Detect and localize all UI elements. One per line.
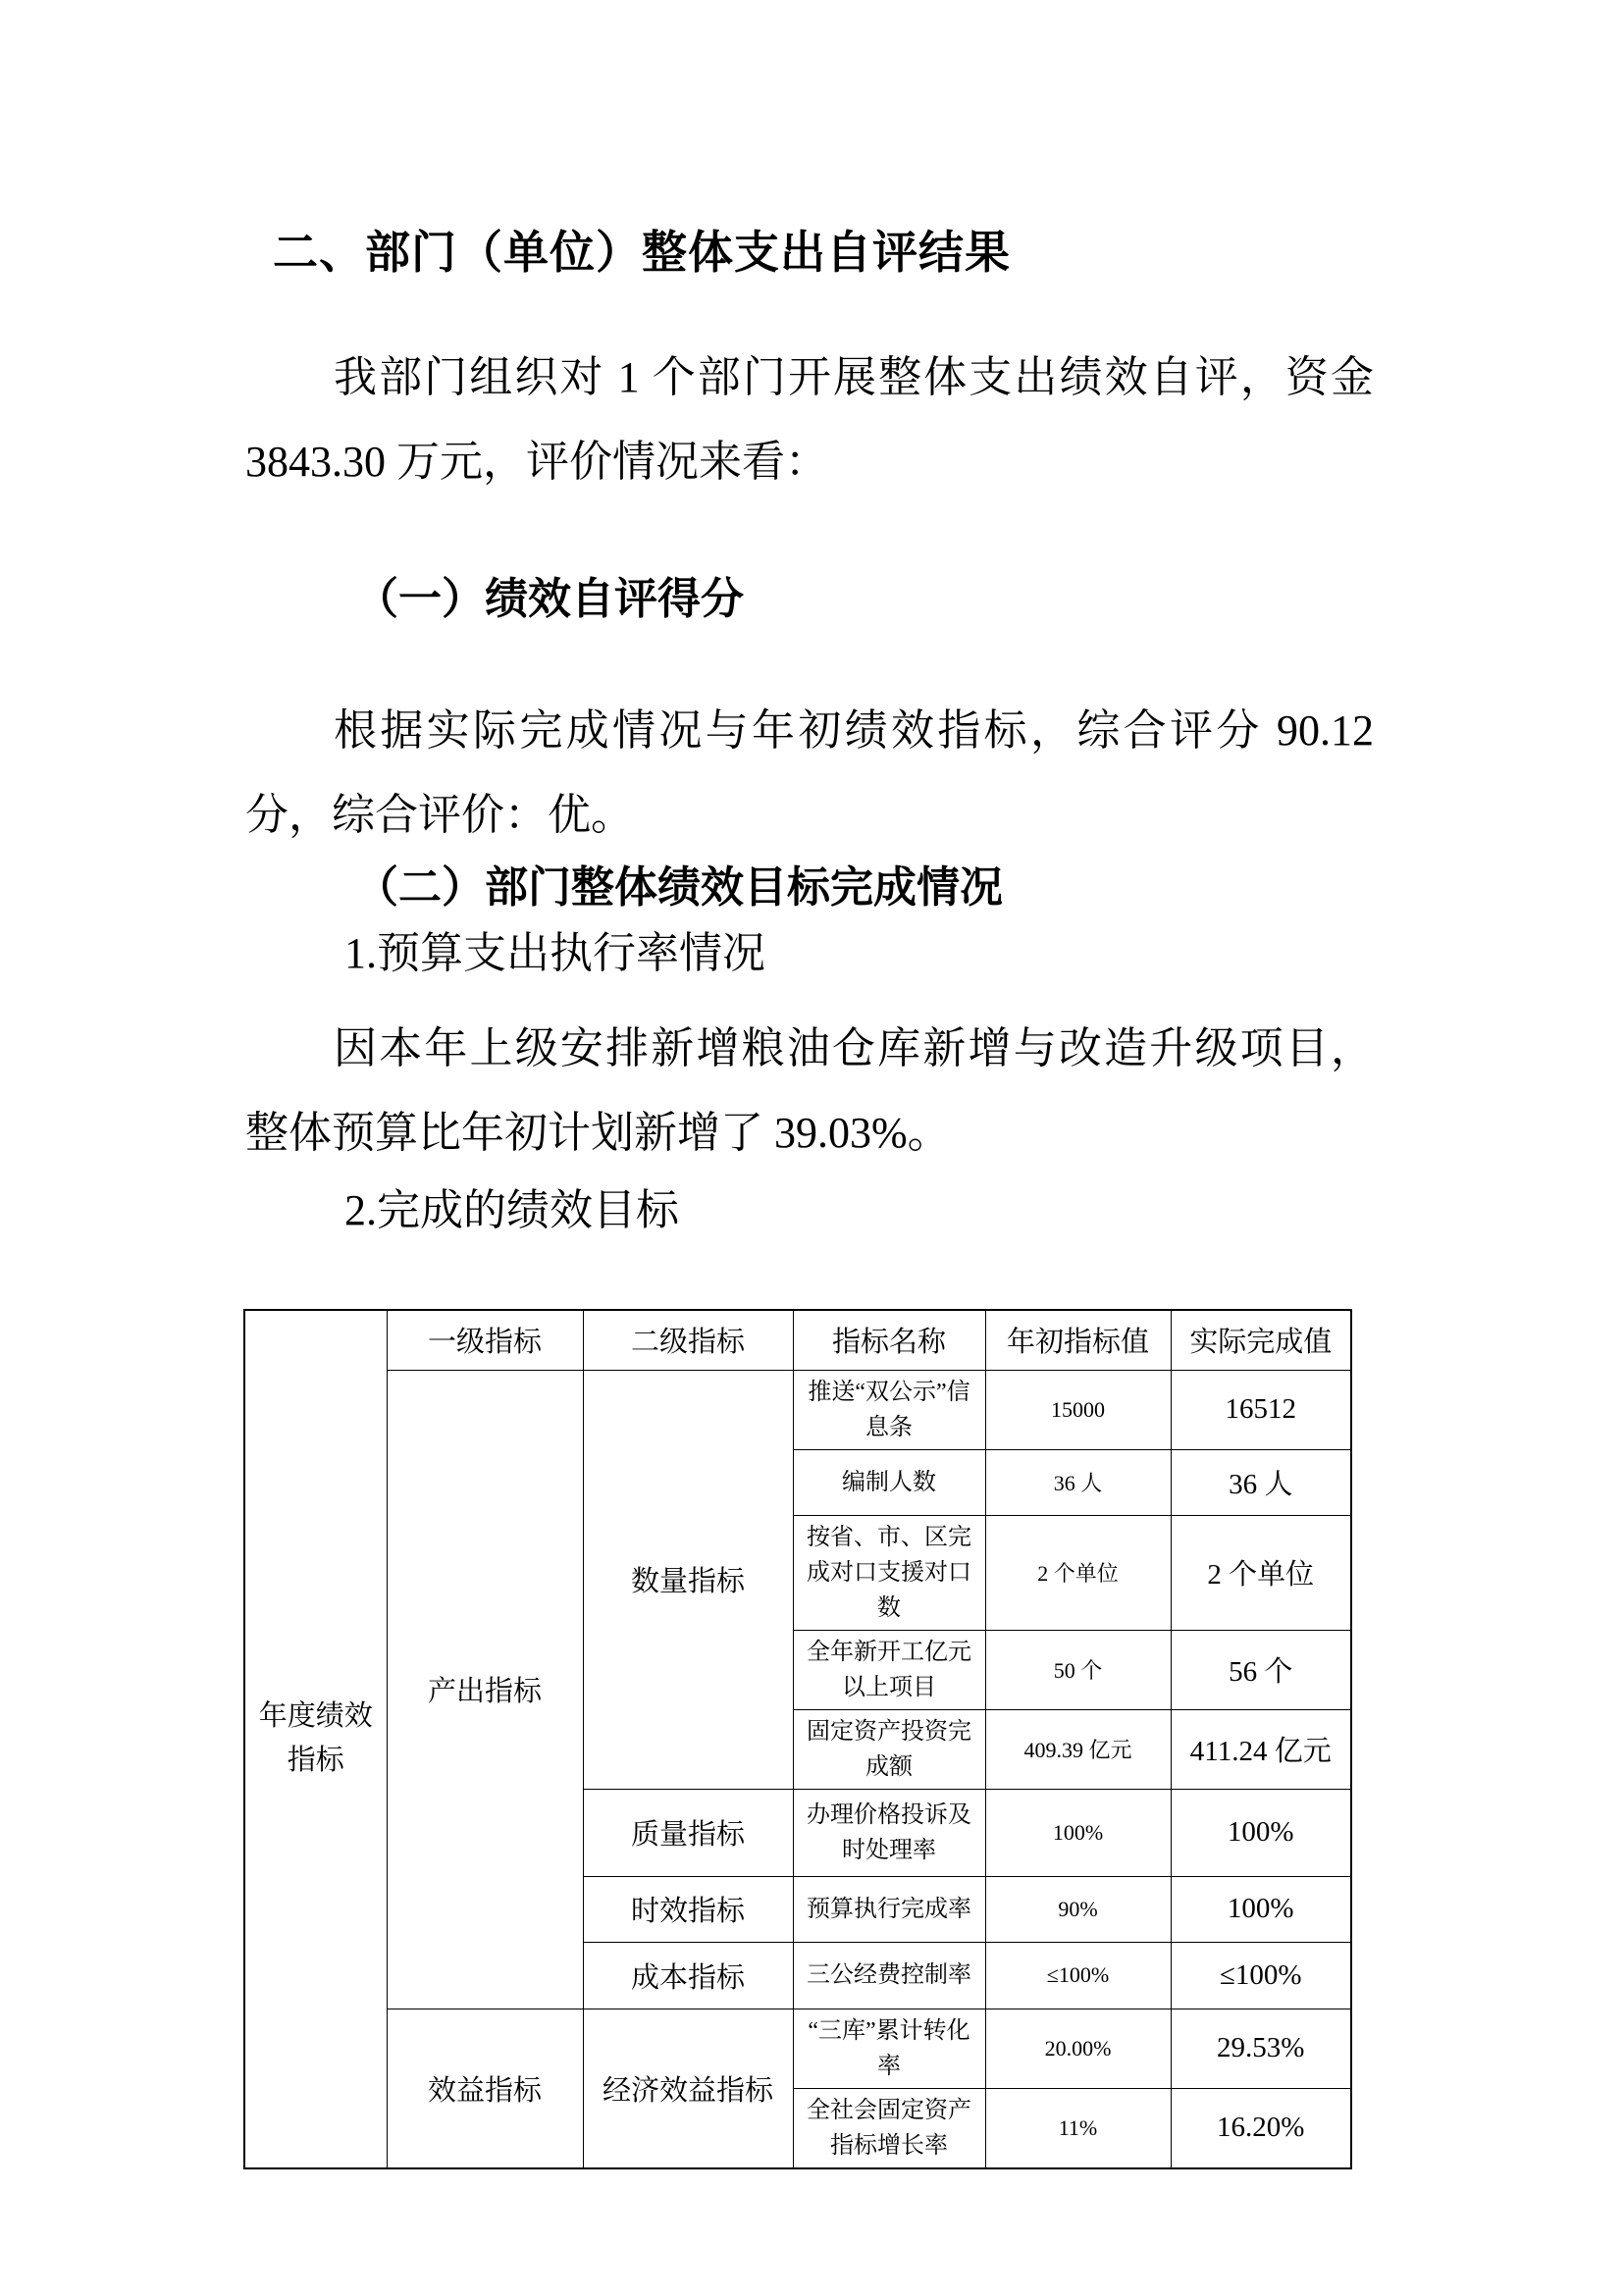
paragraph-budget-increase: 因本年上级安排新增粮油仓库新增与改造升级项目， 整体预算比年初计划新增了 39.… <box>245 1007 1374 1175</box>
paragraph-line: 整体预算比年初计划新增了 39.03%。 <box>245 1091 1374 1175</box>
subsection-line: 2.完成的绩效目标 <box>245 1175 1374 1246</box>
document-page: 二、部门（单位）整体支出自评结果 我部门组织对 1 个部门开展整体支出绩效自评，… <box>0 0 1624 2296</box>
target-value-cell: 100% <box>985 1789 1171 1876</box>
indicator-name-cell: “三库”累计转化率 <box>793 2009 985 2088</box>
actual-value-cell: 29.53% <box>1171 2009 1351 2088</box>
section-heading-self-score: （一）绩效自评得分 <box>355 569 1374 630</box>
level2-cell: 时效指标 <box>583 1876 793 1942</box>
indicator-name-cell: 全年新开工亿元以上项目 <box>793 1630 985 1709</box>
table-row: 产出指标 数量指标 推送“双公示”信息条 15000 16512 <box>244 1370 1351 1449</box>
paragraph-line: 分，综合评价：优。 <box>245 773 1374 858</box>
paragraph-line: 因本年上级安排新增粮油仓库新增与改造升级项目， <box>245 1007 1374 1091</box>
header-level2-cell: 二级指标 <box>583 1310 793 1370</box>
level2-cell: 质量指标 <box>583 1789 793 1876</box>
actual-value-cell: 2 个单位 <box>1171 1515 1351 1630</box>
section-heading-goal-completion: （二）部门整体绩效目标完成情况 <box>355 858 1374 918</box>
target-value-cell: ≤100% <box>985 1942 1171 2009</box>
table-header-row: 年度绩效指标 一级指标 二级指标 指标名称 年初指标值 实际完成值 <box>244 1310 1351 1370</box>
indicator-name-cell: 预算执行完成率 <box>793 1876 985 1942</box>
target-value-cell: 409.39 亿元 <box>985 1709 1171 1789</box>
paragraph-line: 根据实际完成情况与年初绩效指标，综合评分 90.12 <box>245 689 1374 773</box>
level1-cell: 产出指标 <box>387 1370 583 2009</box>
actual-value-cell: 100% <box>1171 1789 1351 1876</box>
level2-cell: 经济效益指标 <box>583 2009 793 2168</box>
paragraph-line: 3843.30 万元，评价情况来看： <box>245 420 1374 504</box>
indicator-name-cell: 按省、市、区完成对口支援对口数 <box>793 1515 985 1630</box>
paragraph-score: 根据实际完成情况与年初绩效指标，综合评分 90.12 分，综合评价：优。 <box>245 689 1374 858</box>
indicator-name-cell: 编制人数 <box>793 1449 985 1515</box>
target-value-cell: 20.00% <box>985 2009 1171 2088</box>
header-name-cell: 指标名称 <box>793 1310 985 1370</box>
actual-value-cell: 36 人 <box>1171 1449 1351 1515</box>
row-group-label-cell: 年度绩效指标 <box>244 1310 387 2168</box>
header-target-cell: 年初指标值 <box>985 1310 1171 1370</box>
subsection-budget-execution: 1.预算支出执行率情况 <box>245 918 1374 989</box>
target-value-cell: 11% <box>985 2088 1171 2168</box>
level2-cell: 成本指标 <box>583 1942 793 2009</box>
page-title: 二、部门（单位）整体支出自评结果 <box>273 224 1374 281</box>
indicator-name-cell: 全社会固定资产指标增长率 <box>793 2088 985 2168</box>
actual-value-cell: 16.20% <box>1171 2088 1351 2168</box>
target-value-cell: 90% <box>985 1876 1171 1942</box>
table-row: 效益指标 经济效益指标 “三库”累计转化率 20.00% 29.53% <box>244 2009 1351 2088</box>
target-value-cell: 50 个 <box>985 1630 1171 1709</box>
paragraph-line: 我部门组织对 1 个部门开展整体支出绩效自评，资金 <box>245 336 1374 420</box>
actual-value-cell: 56 个 <box>1171 1630 1351 1709</box>
paragraph-overview: 我部门组织对 1 个部门开展整体支出绩效自评，资金 3843.30 万元，评价情… <box>245 336 1374 504</box>
header-level1-cell: 一级指标 <box>387 1310 583 1370</box>
level2-cell: 数量指标 <box>583 1370 793 1789</box>
actual-value-cell: 100% <box>1171 1876 1351 1942</box>
subsection-completed-goals: 2.完成的绩效目标 <box>245 1175 1374 1246</box>
indicator-name-cell: 办理价格投诉及时处理率 <box>793 1789 985 1876</box>
actual-value-cell: ≤100% <box>1171 1942 1351 2009</box>
actual-value-cell: 16512 <box>1171 1370 1351 1449</box>
indicator-name-cell: 固定资产投资完成额 <box>793 1709 985 1789</box>
indicator-name-cell: 推送“双公示”信息条 <box>793 1370 985 1449</box>
target-value-cell: 15000 <box>985 1370 1171 1449</box>
level1-cell: 效益指标 <box>387 2009 583 2168</box>
target-value-cell: 2 个单位 <box>985 1515 1171 1630</box>
target-value-cell: 36 人 <box>985 1449 1171 1515</box>
header-actual-cell: 实际完成值 <box>1171 1310 1351 1370</box>
subsection-line: 1.预算支出执行率情况 <box>245 918 1374 989</box>
actual-value-cell: 411.24 亿元 <box>1171 1709 1351 1789</box>
indicator-name-cell: 三公经费控制率 <box>793 1942 985 2009</box>
performance-indicators-table: 年度绩效指标 一级指标 二级指标 指标名称 年初指标值 实际完成值 产出指标 数… <box>243 1309 1352 2169</box>
